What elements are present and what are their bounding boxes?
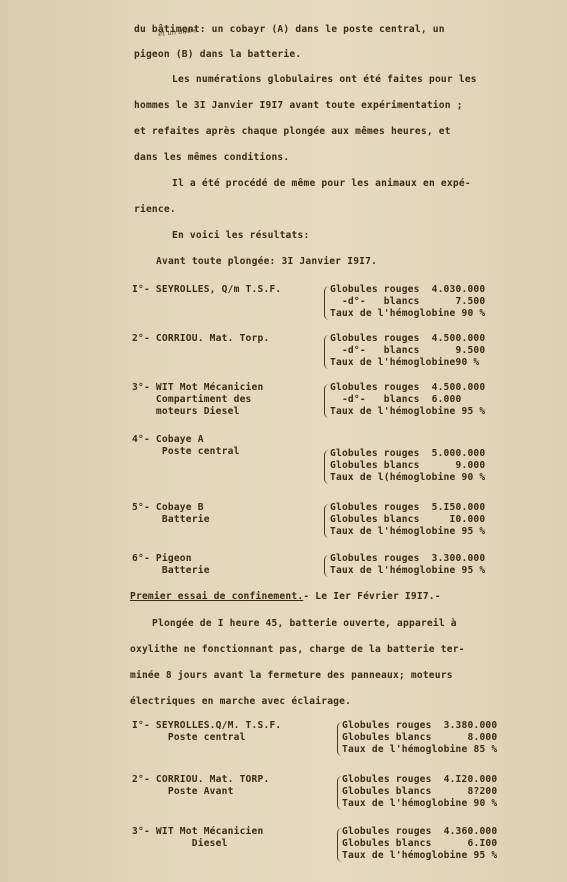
intro-line: dans les mêmes conditions. <box>134 152 289 164</box>
entry-label: 6°- Pigeon <box>132 553 192 565</box>
entry-value: Taux de l'hémoglobine 90 % <box>330 308 485 320</box>
entry-value: Taux de l'hémoglobine 95 % <box>342 850 497 862</box>
intro-line: rience. <box>134 204 176 216</box>
entry-value: Globules rouges 4.030.000 <box>330 284 485 296</box>
entry-value: Taux de l'hémoglobine90 % <box>330 357 479 369</box>
brace <box>324 335 329 369</box>
brace <box>324 286 329 320</box>
entry-label: 2°- CORRIOU. Mat. TORP. <box>132 774 269 786</box>
section2-heading-underlined: Premier essai de confinement. <box>130 591 303 602</box>
paragraph-line: Plongée de I heure 45, batterie ouverte,… <box>152 618 457 630</box>
entry-value: Globules rouges 4.360.000 <box>342 826 497 838</box>
entry-value: Taux de l'hémoglobine 95 % <box>330 565 485 577</box>
brace <box>324 450 329 484</box>
entry-value: Globules rouges 4.500.000 <box>330 382 485 394</box>
entry-label: moteurs Diesel <box>132 406 240 418</box>
entry-value: -d°- blancs 6.000 <box>330 394 461 406</box>
intro-line: pigeon (B) dans la batterie. <box>134 49 301 61</box>
entry-value: -d°- blancs 9.500 <box>330 345 485 357</box>
entry-label: 5°- Cobaye B <box>132 502 204 514</box>
brace <box>324 555 329 577</box>
entry-value: Globules rouges 4.I20.000 <box>342 774 497 786</box>
entry-label: 3°- WIT Mot Mécanicien <box>132 826 263 838</box>
section1-heading: Avant toute plongée: 3I Janvier I9I7. <box>156 256 377 268</box>
paragraph-line: oxylithe ne fonctionnant pas, charge de … <box>130 644 465 656</box>
typewritten-page: et un autre du bâtiment: un cobayr (A) d… <box>0 0 567 882</box>
entry-value: -d°- blancs 7.500 <box>330 296 485 308</box>
entry-value: Taux de l(hémoglobine 90 % <box>330 472 485 484</box>
entry-label: 3°- WIT Mot Mécanicien <box>132 382 263 394</box>
intro-line: Il a été procédé de même pour les animau… <box>172 178 471 190</box>
entry-label: Batterie <box>132 514 210 526</box>
entry-label: Diesel <box>132 838 228 850</box>
entry-value: Globules blancs I0.000 <box>330 514 485 526</box>
intro-line: hommes le 3I Janvier I9I7 avant toute ex… <box>134 100 463 112</box>
entry-value: Globules rouges 3.380.000 <box>342 720 497 732</box>
entry-label: 4°- Cobaye A <box>132 434 204 446</box>
intro-line: du bâtiment: un cobayr (A) dans le poste… <box>134 24 445 36</box>
section2-heading: Premier essai de confinement.- Le Ier Fé… <box>130 591 441 603</box>
entry-value: Globules blancs 8?200 <box>342 786 497 798</box>
intro-line: et refaites après chaque plongée aux mêm… <box>134 126 451 138</box>
entry-label: I°- SEYROLLES, Q/m T.S.F. <box>132 284 281 296</box>
entry-value: Taux de l'hémoglobine 85 % <box>342 744 497 756</box>
entry-value: Taux de l'hémoglobine 90 % <box>342 798 497 810</box>
entry-value: Globules rouges 3.300.000 <box>330 553 485 565</box>
entry-value: Globules blancs 8.000 <box>342 732 497 744</box>
entry-value: Globules rouges 4.500.000 <box>330 333 485 345</box>
entry-label: I°- SEYROLLES.Q/M. T.S.F. <box>132 720 281 732</box>
paragraph-line: électriques en marche avec éclairage. <box>130 696 351 708</box>
entry-value: Taux de l'hémoglobine 95 % <box>330 526 485 538</box>
entry-label: Poste central <box>132 732 246 744</box>
intro-line: Les numérations globulaires ont été fait… <box>172 74 477 86</box>
section2-heading-date: - Le Ier Février I9I7.- <box>303 591 440 602</box>
brace <box>324 504 329 538</box>
entry-value: Globules blancs 6.I00 <box>342 838 497 850</box>
entry-label: Compartiment des <box>132 394 252 406</box>
entry-label: 2°- CORRIOU. Mat. Torp. <box>132 333 269 345</box>
intro-line: En voici les résultats: <box>172 230 309 242</box>
entry-value: Globules rouges 5.I50.000 <box>330 502 485 514</box>
brace <box>324 384 329 418</box>
entry-label: Poste Avant <box>132 786 234 798</box>
entry-value: Taux de l'hémoglobine 95 % <box>330 406 485 418</box>
paragraph-line: minée 8 jours avant la fermeture des pan… <box>130 670 453 682</box>
entry-value: Globules rouges 5.000.000 <box>330 448 485 460</box>
entry-value: Globules blancs 9.000 <box>330 460 485 472</box>
entry-label: Batterie <box>132 565 210 577</box>
entry-label: Poste central <box>132 446 240 458</box>
